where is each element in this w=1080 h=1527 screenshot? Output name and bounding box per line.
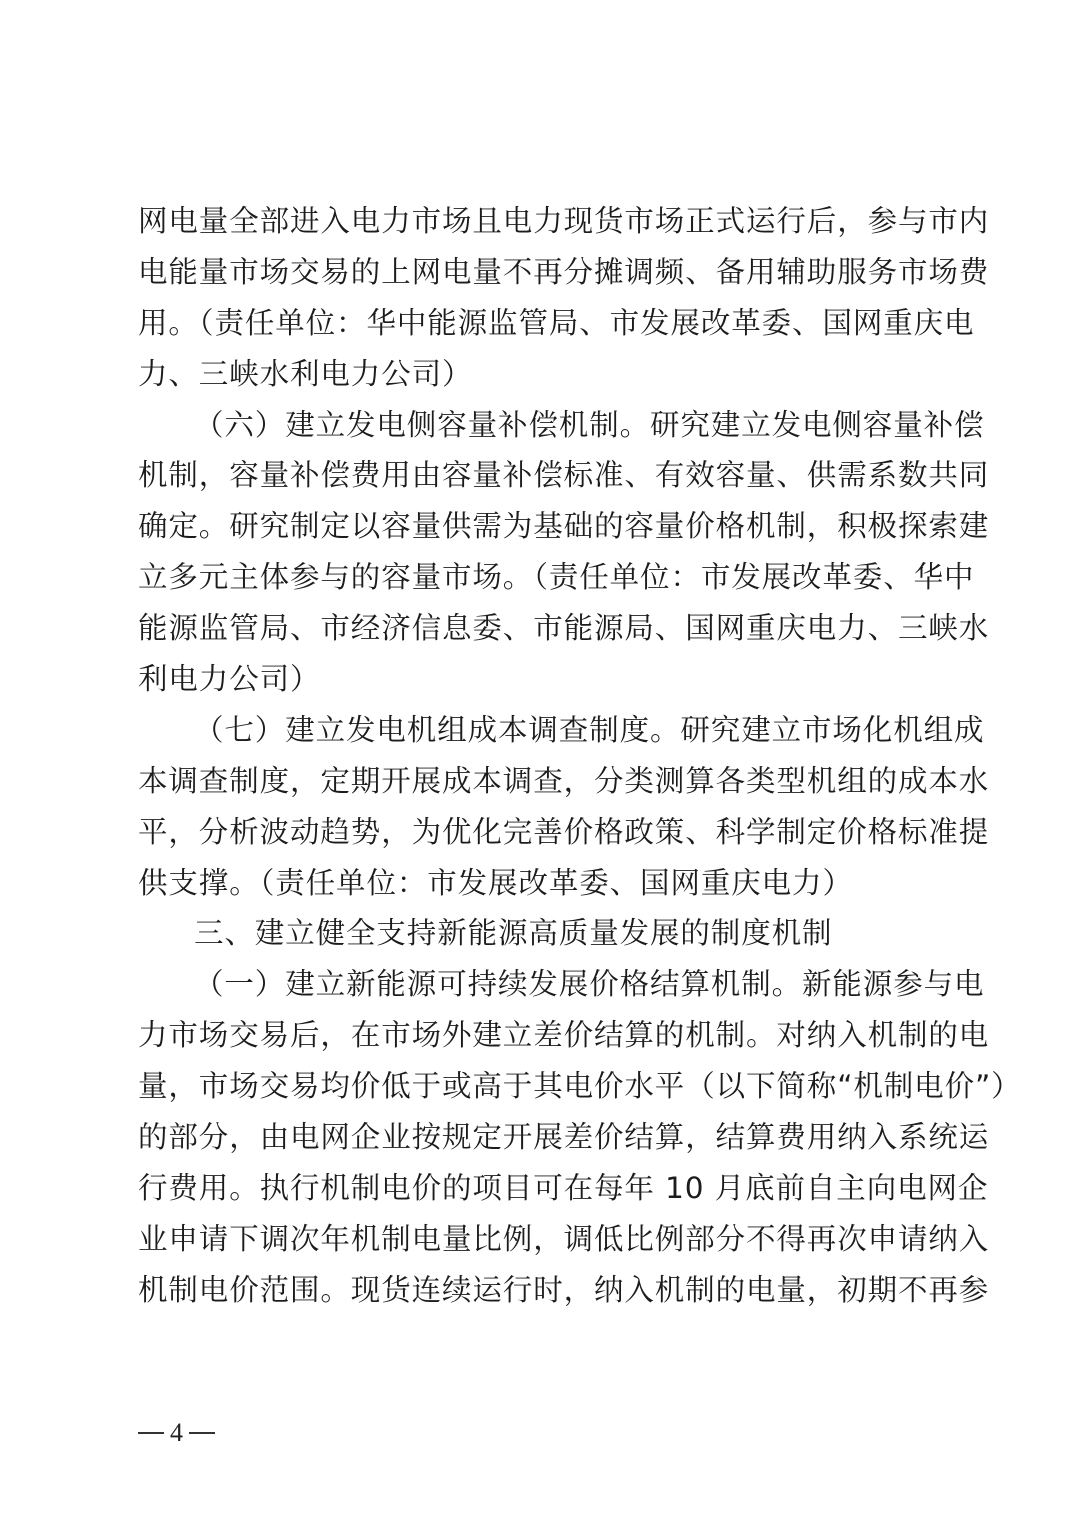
section-1-heading-line: （一）建立新能源可持续发展价格结算机制。新能源参与电 bbox=[138, 959, 944, 1010]
page-number: 4 bbox=[138, 1418, 215, 1448]
text-line: 确定。研究制定以容量供需为基础的容量价格机制，积极探索建 bbox=[138, 501, 944, 552]
text-line: 利电力公司） bbox=[138, 654, 944, 705]
section-7-heading-line: （七）建立发电机组成本调查制度。研究建立市场化机组成 bbox=[138, 705, 944, 756]
text-line: 本调查制度，定期开展成本调查，分类测算各类型机组的成本水 bbox=[138, 756, 944, 807]
text-line: 力、三峡水利电力公司） bbox=[138, 349, 944, 400]
text-line: 用。（责任单位：华中能源监管局、市发展改革委、国网重庆电 bbox=[138, 298, 944, 349]
text-line: 能源监管局、市经济信息委、市能源局、国网重庆电力、三峡水 bbox=[138, 603, 944, 654]
dash-right bbox=[189, 1432, 215, 1434]
text-line: 供支撑。（责任单位：市发展改革委、国网重庆电力） bbox=[138, 858, 944, 909]
text-line: 行费用。执行机制电价的项目可在每年 10 月底前自主向电网企 bbox=[138, 1163, 944, 1214]
chapter-3-heading: 三、建立健全支持新能源高质量发展的制度机制 bbox=[138, 908, 944, 959]
section-6-heading-line: （六）建立发电侧容量补偿机制。研究建立发电侧容量补偿 bbox=[138, 400, 944, 451]
text-line: 立多元主体参与的容量市场。（责任单位：市发展改革委、华中 bbox=[138, 552, 944, 603]
text-line: 平，分析波动趋势，为优化完善价格政策、科学制定价格标准提 bbox=[138, 807, 944, 858]
text-line: 业申请下调次年机制电量比例，调低比例部分不得再次申请纳入 bbox=[138, 1214, 944, 1265]
text-line: 机制电价范围。现货连续运行时，纳入机制的电量，初期不再参 bbox=[138, 1265, 944, 1316]
dash-left bbox=[138, 1432, 164, 1434]
text-line: 的部分，由电网企业按规定开展差价结算，结算费用纳入系统运 bbox=[138, 1112, 944, 1163]
text-line: 机制，容量补偿费用由容量补偿标准、有效容量、供需系数共同 bbox=[138, 450, 944, 501]
page-number-value: 4 bbox=[170, 1418, 183, 1448]
document-page: 网电量全部进入电力市场且电力现货市场正式运行后，参与市内 电能量市场交易的上网电… bbox=[0, 0, 1080, 1527]
text-line: 量，市场交易均价低于或高于其电价水平（以下简称“机制电价”） bbox=[138, 1061, 944, 1112]
document-body: 网电量全部进入电力市场且电力现货市场正式运行后，参与市内 电能量市场交易的上网电… bbox=[138, 196, 944, 1316]
text-line: 电能量市场交易的上网电量不再分摊调频、备用辅助服务市场费 bbox=[138, 247, 944, 298]
text-line: 网电量全部进入电力市场且电力现货市场正式运行后，参与市内 bbox=[138, 196, 944, 247]
text-line: 力市场交易后，在市场外建立差价结算的机制。对纳入机制的电 bbox=[138, 1010, 944, 1061]
